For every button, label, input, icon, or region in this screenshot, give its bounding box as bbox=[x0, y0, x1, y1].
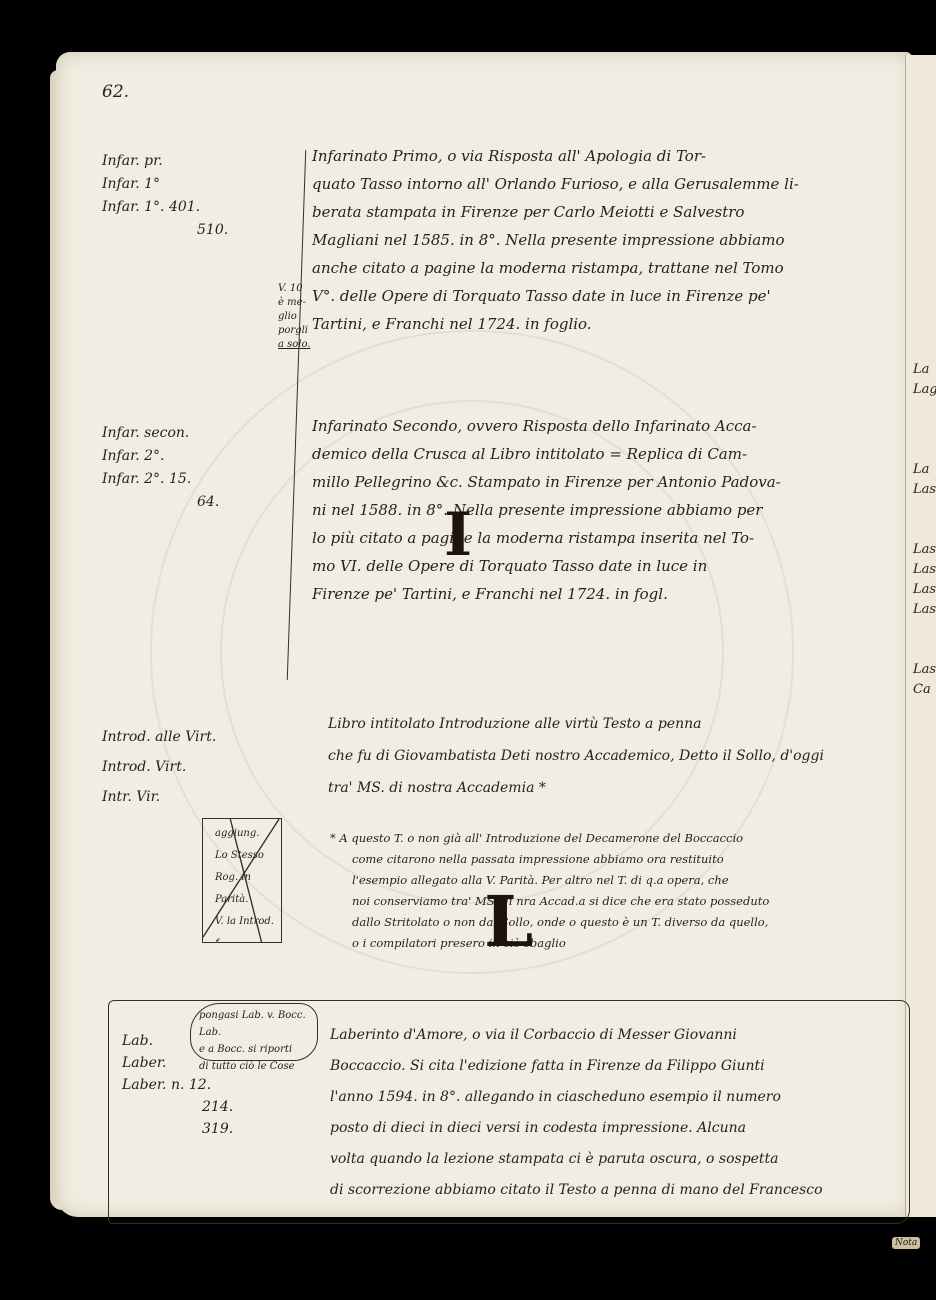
margin-abbreviations-2: Infar. secon. Infar. 2°. Infar. 2°. 15. … bbox=[102, 422, 219, 514]
aside-line: a solo. bbox=[278, 338, 311, 352]
aside-line: V. 10 bbox=[278, 282, 311, 296]
aside-line: glio bbox=[278, 310, 311, 324]
margin-abbreviations-4: Lab. Laber. Laber. n. 12. 214. 319. bbox=[122, 1030, 233, 1140]
text-line: che fu di Giovambatista Deti nostro Acca… bbox=[328, 740, 824, 772]
text-line: anche citato a pagine la moderna ristamp… bbox=[312, 254, 799, 282]
fragment: Las bbox=[913, 600, 936, 620]
footnote-line: dallo Stritolato o non dal Sollo, onde o… bbox=[330, 912, 910, 933]
entry-introduzione-virtu: Libro intitolato Introduzione alle virtù… bbox=[328, 708, 824, 804]
catalog-tag: Nota bbox=[892, 1237, 920, 1249]
cross-out-strokes bbox=[203, 819, 281, 942]
text-line: Laberinto d'Amore, o via il Corbaccio di… bbox=[330, 1020, 823, 1051]
fragment: Las bbox=[913, 560, 936, 580]
margin-label: 64. bbox=[102, 491, 219, 514]
fragment: Las bbox=[913, 580, 936, 600]
text-line: Infarinato Primo, o via Risposta all' Ap… bbox=[312, 142, 799, 170]
margin-aside: V. 10 è me- glio porgli a solo. bbox=[278, 282, 311, 352]
text-line: demico della Crusca al Libro intitolato … bbox=[312, 440, 781, 468]
margin-label: Introd. Virt. bbox=[102, 752, 216, 782]
text-line: tra' MS. di nostra Accademia * bbox=[328, 772, 824, 804]
text-line: berata stampata in Firenze per Carlo Mei… bbox=[312, 198, 799, 226]
text-line: Tartini, e Franchi nel 1724. in foglio. bbox=[312, 310, 799, 338]
margin-label: Infar. 1°. 401. bbox=[102, 196, 228, 219]
text-line: Boccaccio. Si cita l'edizione fatta in F… bbox=[330, 1051, 823, 1082]
footnote-line: * A questo T. o non già all' Introduzion… bbox=[330, 828, 910, 849]
text-line: Firenze pe' Tartini, e Franchi nel 1724.… bbox=[312, 580, 781, 608]
watermark-letter-l: L bbox=[484, 880, 533, 963]
footnote-line: noi conserviamo tra' MS. di nra Accad.a … bbox=[330, 891, 910, 912]
entry-infarinato-secondo: Infarinato Secondo, ovvero Risposta dell… bbox=[312, 412, 781, 608]
text-line: V°. delle Opere di Torquato Tasso date i… bbox=[312, 282, 799, 310]
text-line: posto di dieci in dieci versi in codesta… bbox=[330, 1113, 823, 1144]
margin-label: Infar. pr. bbox=[102, 150, 228, 173]
text-line: millo Pellegrino &c. Stampato in Firenze… bbox=[312, 468, 781, 496]
margin-label: Infar. 1° bbox=[102, 173, 228, 196]
fragment: Las bbox=[913, 660, 936, 680]
text-line: quato Tasso intorno all' Orlando Furioso… bbox=[312, 170, 799, 198]
footnote-line: o i compilatori presero in ciò sbaglio bbox=[330, 933, 910, 954]
fragment: La bbox=[913, 360, 936, 380]
entry-laberinto: Laberinto d'Amore, o via il Corbaccio di… bbox=[330, 1020, 823, 1206]
margin-label: 319. bbox=[122, 1118, 233, 1140]
text-line: volta quando la lezione stampata ci è pa… bbox=[330, 1144, 823, 1175]
margin-abbreviations-1: Infar. pr. Infar. 1° Infar. 1°. 401. 510… bbox=[102, 150, 228, 242]
text-line: Libro intitolato Introduzione alle virtù… bbox=[328, 708, 824, 740]
margin-label: Lab. bbox=[122, 1030, 233, 1052]
aside-line: porgli bbox=[278, 324, 311, 338]
footnote-line: come citarono nella passata impressione … bbox=[330, 849, 910, 870]
text-line: l'anno 1594. in 8°. allegando in ciasche… bbox=[330, 1082, 823, 1113]
margin-label: Infar. 2°. 15. bbox=[102, 468, 219, 491]
text-line: ni nel 1588. in 8°. Nella presente impre… bbox=[312, 496, 781, 524]
margin-label: 214. bbox=[122, 1096, 233, 1118]
text-line: Infarinato Secondo, ovvero Risposta dell… bbox=[312, 412, 781, 440]
fragment: Las bbox=[913, 480, 936, 500]
entry-infarinato-primo: Infarinato Primo, o via Risposta all' Ap… bbox=[312, 142, 799, 338]
fragment: Las bbox=[913, 540, 936, 560]
margin-abbreviations-3: Introd. alle Virt. Introd. Virt. Intr. V… bbox=[102, 722, 216, 812]
text-line: Magliani nel 1585. in 8°. Nella presente… bbox=[312, 226, 799, 254]
footnote: * A questo T. o non già all' Introduzion… bbox=[330, 828, 910, 954]
aside-line: è me- bbox=[278, 296, 311, 310]
margin-label: Laber. bbox=[122, 1052, 233, 1074]
text-line: lo più citato a pagine la moderna ristam… bbox=[312, 524, 781, 552]
fragment: La bbox=[913, 460, 936, 480]
text-line: mo VI. delle Opere di Torquato Tasso dat… bbox=[312, 552, 781, 580]
margin-label: Infar. 2°. bbox=[102, 445, 219, 468]
text-line: di scorrezione abbiamo citato il Testo a… bbox=[330, 1175, 823, 1206]
page-number: 62. bbox=[102, 82, 129, 102]
fragment: Ca bbox=[913, 680, 936, 700]
margin-label: Infar. secon. bbox=[102, 422, 219, 445]
margin-label: 510. bbox=[102, 219, 228, 242]
margin-label: Introd. alle Virt. bbox=[102, 722, 216, 752]
margin-label: Laber. n. 12. bbox=[122, 1074, 233, 1096]
fragment: Lag bbox=[913, 380, 936, 400]
crossed-out-note: aggiung. Lo Stesso Rog. in Parità. V. la… bbox=[202, 818, 282, 943]
footnote-line: l'esempio allegato alla V. Parità. Per a… bbox=[330, 870, 910, 891]
margin-label: Intr. Vir. bbox=[102, 782, 216, 812]
facing-page-fragments: La Lag La Las Las Las Las Las Las Ca bbox=[913, 360, 936, 700]
watermark-letter-i: I bbox=[444, 500, 472, 570]
